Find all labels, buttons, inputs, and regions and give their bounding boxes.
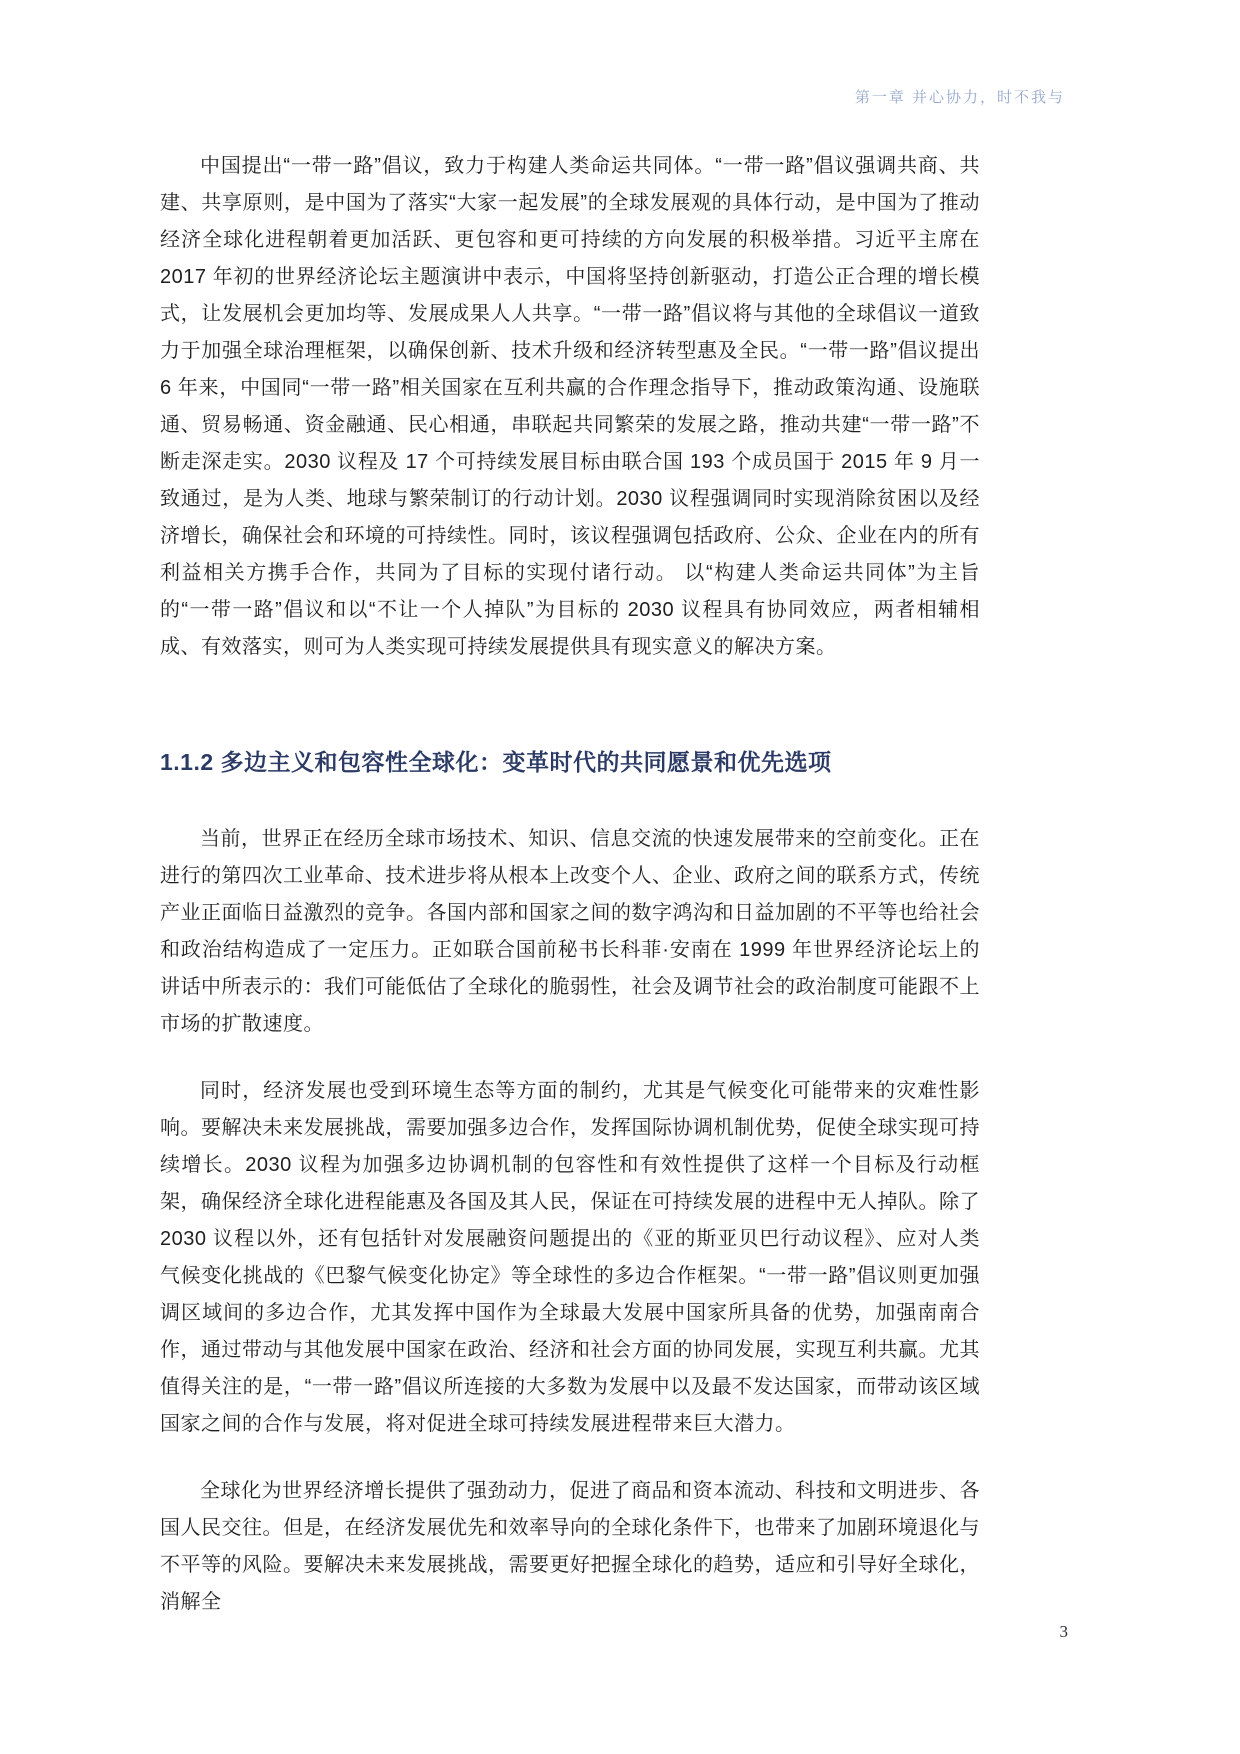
- page-number: 3: [1060, 1622, 1069, 1642]
- body-paragraph-1: 中国提出“一带一路”倡议，致力于构建人类命运共同体。“一带一路”倡议强调共商、共…: [160, 148, 980, 666]
- body-paragraph-3: 同时，经济发展也受到环境生态等方面的制约，尤其是气候变化可能带来的灾难性影响。要…: [160, 1073, 980, 1443]
- chapter-header: 第一章 并心协力，时不我与: [855, 86, 1065, 107]
- page-body: 中国提出“一带一路”倡议，致力于构建人类命运共同体。“一带一路”倡议强调共商、共…: [160, 148, 980, 1651]
- body-paragraph-4: 全球化为世界经济增长提供了强劲动力，促进了商品和资本流动、科技和文明进步、各国人…: [160, 1473, 980, 1621]
- body-paragraph-2: 当前，世界正在经历全球市场技术、知识、信息交流的快速发展带来的空前变化。正在进行…: [160, 821, 980, 1043]
- section-heading: 1.1.2 多边主义和包容性全球化：变革时代的共同愿景和优先选项: [160, 744, 980, 777]
